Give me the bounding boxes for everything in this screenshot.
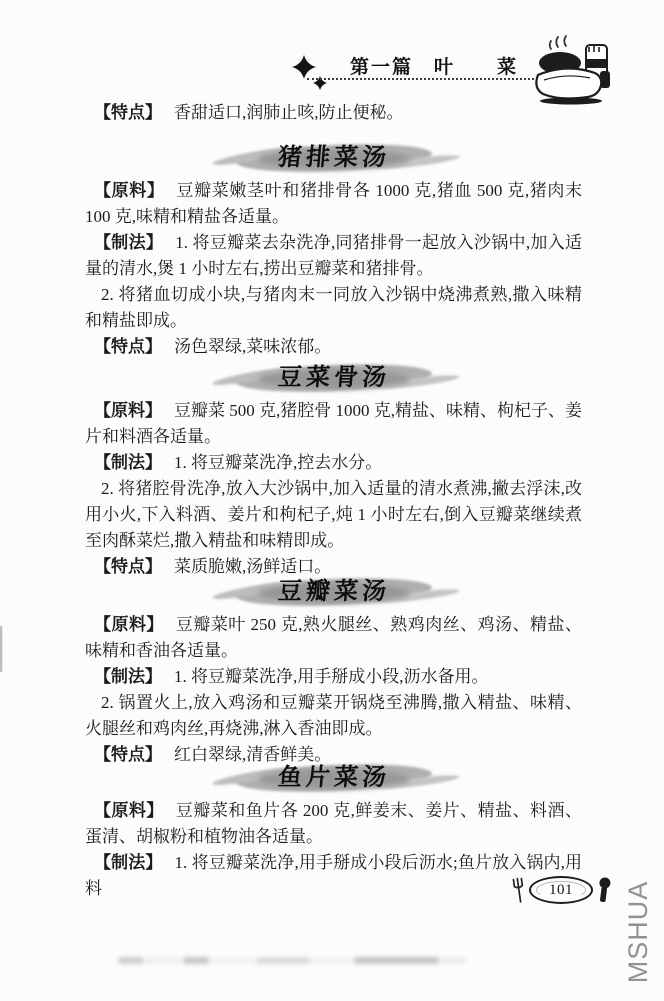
ingredients-paragraph: 【原料】豆瓣菜叶 250 克,熟火腿丝、熟鸡肉丝、鸡汤、精盐、味精和香油各适量。 — [85, 612, 582, 664]
recipe-banner: 豆菜骨汤 — [218, 360, 450, 398]
scan-bleedthrough-artifact — [118, 957, 466, 964]
chapter-title: 第一篇 叶 菜 — [350, 52, 518, 79]
recipe-title: 猪排菜汤 — [216, 140, 451, 176]
ingredients-paragraph: 【原料】豆瓣菜 500 克,猪腔骨 1000 克,精盐、味精、枸杞子、姜片和料酒… — [85, 398, 582, 450]
recipe-title: 豆菜骨汤 — [216, 360, 451, 396]
recipe-banner: 鱼片菜汤 — [218, 760, 450, 798]
page-number: 101 — [549, 882, 573, 899]
feature-label: 【特点】 — [94, 745, 162, 764]
feature-label: 【特点】 — [94, 337, 162, 356]
method-step-2-paragraph: 2. 锅置火上,放入鸡汤和豆瓣菜开锅烧至沸腾,撒入精盐、味精、火腿丝和鸡肉丝,再… — [85, 690, 582, 742]
recipe-section-douban-caitang: 豆瓣菜汤 【原料】豆瓣菜叶 250 克,熟火腿丝、熟鸡肉丝、鸡汤、精盐、味精和香… — [85, 574, 582, 768]
recipe-title: 豆瓣菜汤 — [216, 574, 451, 610]
spoon-icon — [594, 876, 614, 905]
feature-text: 香甜适口,润肺止咳,防止便秘。 — [174, 103, 404, 122]
ingredients-paragraph: 【原料】豆瓣菜嫩茎叶和猪排骨各 1000 克,猪血 500 克,猪肉末 100 … — [85, 178, 582, 230]
feature-text: 汤色翠绿,菜味浓郁。 — [174, 337, 331, 356]
ingredients-label: 【原料】 — [94, 181, 165, 200]
method-paragraph: 【制法】1. 将豆瓣菜洗净,控去水分。 — [85, 450, 582, 476]
recipe-section-zhupai-caitang: 猪排菜汤 【原料】豆瓣菜嫩茎叶和猪排骨各 1000 克,猪血 500 克,猪肉末… — [85, 140, 582, 360]
method-paragraph: 【制法】1. 将豆瓣菜去杂洗净,同猪排骨一起放入沙锅中,加入适量的清水,煲 1 … — [85, 230, 582, 282]
method-step-2-text: 2. 锅置火上,放入鸡汤和豆瓣菜开锅烧至沸腾,撒入精盐、味精、火腿丝和鸡肉丝,再… — [85, 693, 582, 738]
method-step-2-paragraph: 2. 将猪血切成小块,与猪肉末一同放入沙锅中烧沸煮熟,撒入味精和精盐即成。 — [85, 282, 582, 334]
method-step-2-text: 2. 将猪血切成小块,与猪肉末一同放入沙锅中烧沸煮熟,撒入味精和精盐即成。 — [85, 285, 582, 330]
scan-edge-artifact — [0, 626, 2, 672]
method-step-1-text: 1. 将豆瓣菜洗净,控去水分。 — [174, 453, 382, 472]
recipe-section-doucai-gutang: 豆菜骨汤 【原料】豆瓣菜 500 克,猪腔骨 1000 克,精盐、味精、枸杞子、… — [85, 360, 582, 580]
feature-label: 【特点】 — [94, 557, 162, 576]
feature-label: 【特点】 — [94, 103, 162, 122]
ingredients-paragraph: 【原料】豆瓣菜和鱼片各 200 克,鲜姜末、姜片、精盐、料酒、蛋清、胡椒粉和植物… — [85, 798, 582, 850]
page-header: 第一篇 叶 菜 — [0, 0, 664, 100]
recipe-section-yupian-caitang: 鱼片菜汤 【原料】豆瓣菜和鱼片各 200 克,鲜姜末、姜片、精盐、料酒、蛋清、胡… — [85, 760, 582, 902]
ingredients-label: 【原料】 — [94, 401, 162, 420]
method-paragraph: 【制法】1. 将豆瓣菜洗净,用手掰成小段,沥水备用。 — [85, 664, 582, 690]
watermark-text: MSHUA — [622, 878, 654, 986]
page-footer: 101 — [512, 876, 613, 904]
method-paragraph: 【制法】1. 将豆瓣菜洗净,用手掰成小段后沥水;鱼片放入锅内,用料 — [85, 850, 582, 902]
ingredients-label: 【原料】 — [94, 615, 164, 634]
recipe-title: 鱼片菜汤 — [216, 760, 451, 796]
fork-icon — [510, 876, 528, 905]
method-label: 【制法】 — [94, 667, 162, 686]
method-label: 【制法】 — [94, 853, 163, 872]
feature-paragraph: 【特点】汤色翠绿,菜味浓郁。 — [85, 334, 582, 360]
method-step-2-text: 2. 将猪腔骨洗净,放入大沙锅中,加入适量的清水煮沸,撇去浮沫,改用小火,下入料… — [85, 479, 582, 550]
method-label: 【制法】 — [94, 453, 162, 472]
book-page: 第一篇 叶 菜 【特点】香甜适口,润肺止咳,防止便秘。 猪排菜汤 — [0, 0, 664, 1001]
method-step-2-paragraph: 2. 将猪腔骨洗净,放入大沙锅中,加入适量的清水煮沸,撇去浮沫,改用小火,下入料… — [85, 476, 582, 554]
steaming-pot-icon — [531, 34, 625, 108]
page-number-plate: 101 — [529, 876, 593, 904]
recipe-banner: 豆瓣菜汤 — [218, 574, 450, 612]
intro-feature-paragraph: 【特点】香甜适口,润肺止咳,防止便秘。 — [85, 100, 582, 126]
recipe-banner: 猪排菜汤 — [218, 140, 450, 178]
ingredients-label: 【原料】 — [94, 801, 164, 820]
method-step-1-text: 1. 将豆瓣菜洗净,用手掰成小段,沥水备用。 — [174, 667, 489, 686]
method-label: 【制法】 — [94, 233, 163, 252]
page-content: 【特点】香甜适口,润肺止咳,防止便秘。 猪排菜汤 【原料】豆瓣菜嫩茎叶和猪排骨各… — [85, 100, 582, 902]
